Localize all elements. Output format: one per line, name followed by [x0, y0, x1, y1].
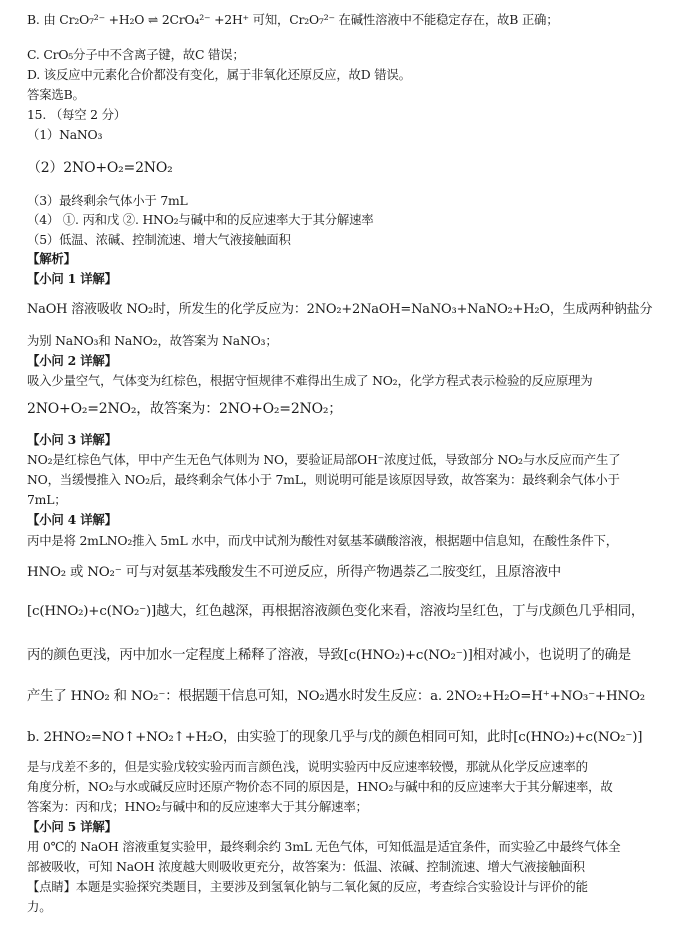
- subquestion-2-heading: 【小问 2 详解】: [27, 353, 117, 369]
- subquestion-1-para-2: 为别 NaNO₃和 NaNO₂，故答案为 NaNO₃；: [27, 333, 278, 349]
- subquestion-3-para-1: NO₂是红棕色气体，甲中产生无色气体则为 NO，要验证局部OH⁻浓度过低，导致部…: [27, 452, 620, 468]
- document-page: B. 由 Cr₂O₇²⁻ +H₂O ⇌ 2CrO₄²⁻ +2H⁺ 可知，Cr₂O…: [0, 0, 693, 930]
- subquestion-4-para-8: 角度分析，NO₂与水或碱反应时还原产物价态不同的原因是，HNO₂与碱中和的反应速…: [27, 779, 613, 795]
- key-point-para-2: 力。: [27, 899, 51, 915]
- subquestion-2-para-2: 2NO+O₂=2NO₂，故答案为：2NO+O₂=2NO₂；: [27, 401, 342, 417]
- option-c-line: C. CrO₅分子中不含离子键，故C 错误；: [27, 47, 245, 63]
- subquestion-1-heading: 【小问 1 详解】: [27, 271, 117, 287]
- subquestion-4-para-1: 丙中是将 2mLNO₂推入 5mL 水中，而戊中试剂为酸性对氨基苯磺酸溶液，根据…: [27, 533, 618, 549]
- answer-2: （2）2NO+O₂=2NO₂: [27, 160, 173, 176]
- subquestion-3-para-3: 7mL；: [27, 492, 66, 508]
- answer-4: （4） ①. 丙和戊 ②. HNO₂与碱中和的反应速率大于其分解速率: [27, 212, 373, 228]
- option-b-line: B. 由 Cr₂O₇²⁻ +H₂O ⇌ 2CrO₄²⁻ +2H⁺ 可知，Cr₂O…: [27, 12, 558, 28]
- subquestion-4-para-7: 是与戊差不多的，但是实验戊较实验丙而言颜色浅，说明实验丙中反应速率较慢，那就从化…: [27, 759, 588, 775]
- subquestion-4-heading: 【小问 4 详解】: [27, 512, 117, 528]
- subquestion-4-para-4: 丙的颜色更浅，丙中加水一定程度上稀释了溶液，导致[c(HNO₂)+c(NO₂⁻)…: [27, 648, 631, 664]
- key-point-para-1: 【点睛】本题是实验探究类题目，主要涉及到氢氧化钠与二氧化氮的反应，考查综合实验设…: [27, 879, 588, 895]
- subquestion-5-para-2: 部被吸收，可知 NaOH 浓度越大则吸收更充分，故答案为：低温、浓碱、控制流速、…: [27, 859, 585, 875]
- subquestion-4-para-5: 产生了 HNO₂ 和 NO₂⁻：根据题干信息可知，NO₂遇水时发生反应：a. 2…: [27, 689, 645, 705]
- answer-3: （3）最终剩余气体小于 7mL: [27, 193, 188, 209]
- subquestion-3-heading: 【小问 3 详解】: [27, 432, 117, 448]
- subquestion-4-para-9: 答案为：丙和戊；HNO₂与碱中和的反应速率大于其分解速率；: [27, 799, 368, 815]
- subquestion-3-para-2: NO，当缓慢推入 NO₂后，最终剩余气体小于 7mL，则说明可能是该原因导致，故…: [27, 472, 620, 488]
- subquestion-1-para-1: NaOH 溶液吸收 NO₂时，所发生的化学反应为：2NO₂+2NaOH=NaNO…: [27, 302, 652, 318]
- question-15-heading: 15. （每空 2 分）: [27, 107, 126, 123]
- option-d-line: D. 该反应中元素化合价都没有变化，属于非氧化还原反应，故D 错误。: [27, 67, 411, 83]
- answer-1: （1）NaNO₃: [27, 127, 102, 143]
- analysis-heading: 【解析】: [27, 251, 76, 267]
- subquestion-5-heading: 【小问 5 详解】: [27, 819, 117, 835]
- answer-line: 答案选B。: [27, 87, 85, 103]
- subquestion-4-para-6: b. 2HNO₂=NO↑+NO₂↑+H₂O，由实验丁的现象几乎与戊的颜色相同可知…: [27, 730, 642, 746]
- subquestion-2-para-1: 吸入少量空气，气体变为红棕色，根据守恒规律不难得出生成了 NO₂，化学方程式表示…: [27, 373, 593, 389]
- answer-5: （5）低温、浓碱、控制流速、增大气液接触面积: [27, 232, 291, 248]
- subquestion-5-para-1: 用 0℃的 NaOH 溶液重复实验甲，最终剩余约 3mL 无色气体，可知低温是适…: [27, 839, 620, 855]
- subquestion-4-para-3: [c(HNO₂)+c(NO₂⁻)]越大，红色越深，再根据溶液颜色变化来看，溶液均…: [27, 604, 644, 620]
- subquestion-4-para-2: HNO₂ 或 NO₂⁻ 可与对氨基苯残酸发生不可逆反应，所得产物遇萘乙二胺变红，…: [27, 565, 561, 581]
